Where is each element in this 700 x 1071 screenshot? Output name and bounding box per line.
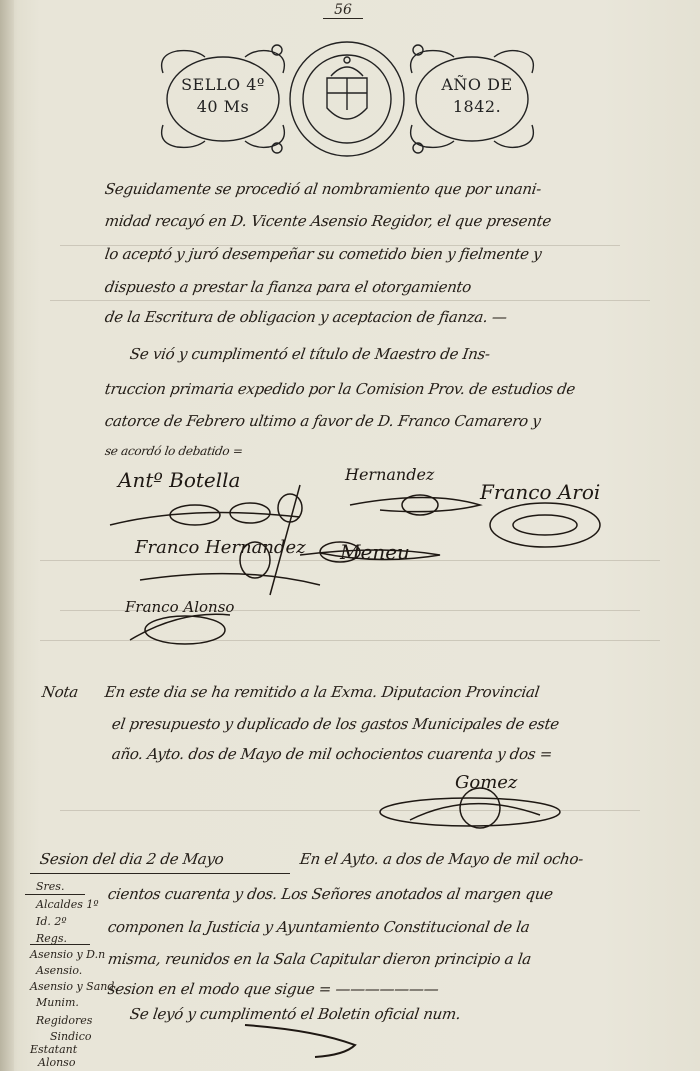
paragraph-1-line: Seguidamente se procedió al nombramiento… [104,180,543,198]
stamp-left-oval: SELLO 4º 40 Ms [173,74,273,118]
margin-entry: Sindico [50,1030,91,1043]
session-line: sesion en el modo que sigue = ——————— [107,980,440,998]
note-line: el presupuesto y duplicado de los gastos… [111,715,560,733]
margin-entry: Munim. [36,996,79,1009]
manuscript-page: 56 [0,0,700,1071]
heading-underline [30,873,290,874]
closing-flourish-icon [240,1020,380,1060]
book-spine-shadow [0,0,14,1071]
note-label: Nota [41,683,79,701]
margin-entry: Sres. [36,880,64,893]
paragraph-1-line: lo aceptó y juró desempeñar su cometido … [104,245,543,263]
tax-stamp: SELLO 4º 40 Ms AÑO DE 1842. [155,38,540,160]
margin-entry: Alonso [38,1056,75,1069]
session-heading: Sesion del dia 2 de Mayo [39,850,225,868]
paragraph-2-line: se acordó lo debatido = [104,444,244,458]
stamp-type: SELLO 4º [173,74,273,96]
folio-number: 56 [323,2,363,19]
margin-entry: Estatant [30,1043,77,1056]
paragraph-2-line: catorce de Febrero ultimo a favor de D. … [104,412,542,430]
paragraph-1-line: de la Escritura de obligacion y aceptaci… [104,308,508,326]
note-flourish-icon [370,780,570,840]
session-line: misma, reunidos en la Sala Capitular die… [107,950,533,968]
note-line: año. Ayto. dos de Mayo de mil ochociento… [111,745,554,763]
margin-entry: Asensio. [36,964,82,977]
paragraph-1-line: dispuesto a prestar la fianza para el ot… [104,278,473,296]
stamp-year: 1842. [427,96,527,118]
session-line: cientos cuarenta y dos. Los Señores anot… [107,885,554,903]
paragraph-2-line: truccion primaria expedido por la Comisi… [104,380,577,398]
margin-entry: Asensio y D.n [30,948,105,961]
margin-entry: Id. 2º [36,915,67,928]
paragraph-2-line: Se vió y cumplimentó el título de Maestr… [129,345,491,363]
note-line: En este dia se ha remitido a la Exma. Di… [104,683,541,701]
paragraph-1-line: midad recayó en D. Vicente Asensio Regid… [104,212,553,230]
margin-entry: Regidores [36,1014,92,1027]
stamp-right-oval: AÑO DE 1842. [427,74,527,118]
session-line: En el Ayto. a dos de Mayo de mil ocho- [299,850,585,868]
session-line: componen la Justicia y Ayuntamiento Cons… [107,918,531,936]
stamp-value: 40 Ms [173,96,273,118]
margin-entry: Alcaldes 1º [36,898,99,911]
margin-entry: Asensio y Sand. [30,980,118,993]
signature-flourish-icon [100,480,660,650]
stamp-year-label: AÑO DE [427,74,527,96]
